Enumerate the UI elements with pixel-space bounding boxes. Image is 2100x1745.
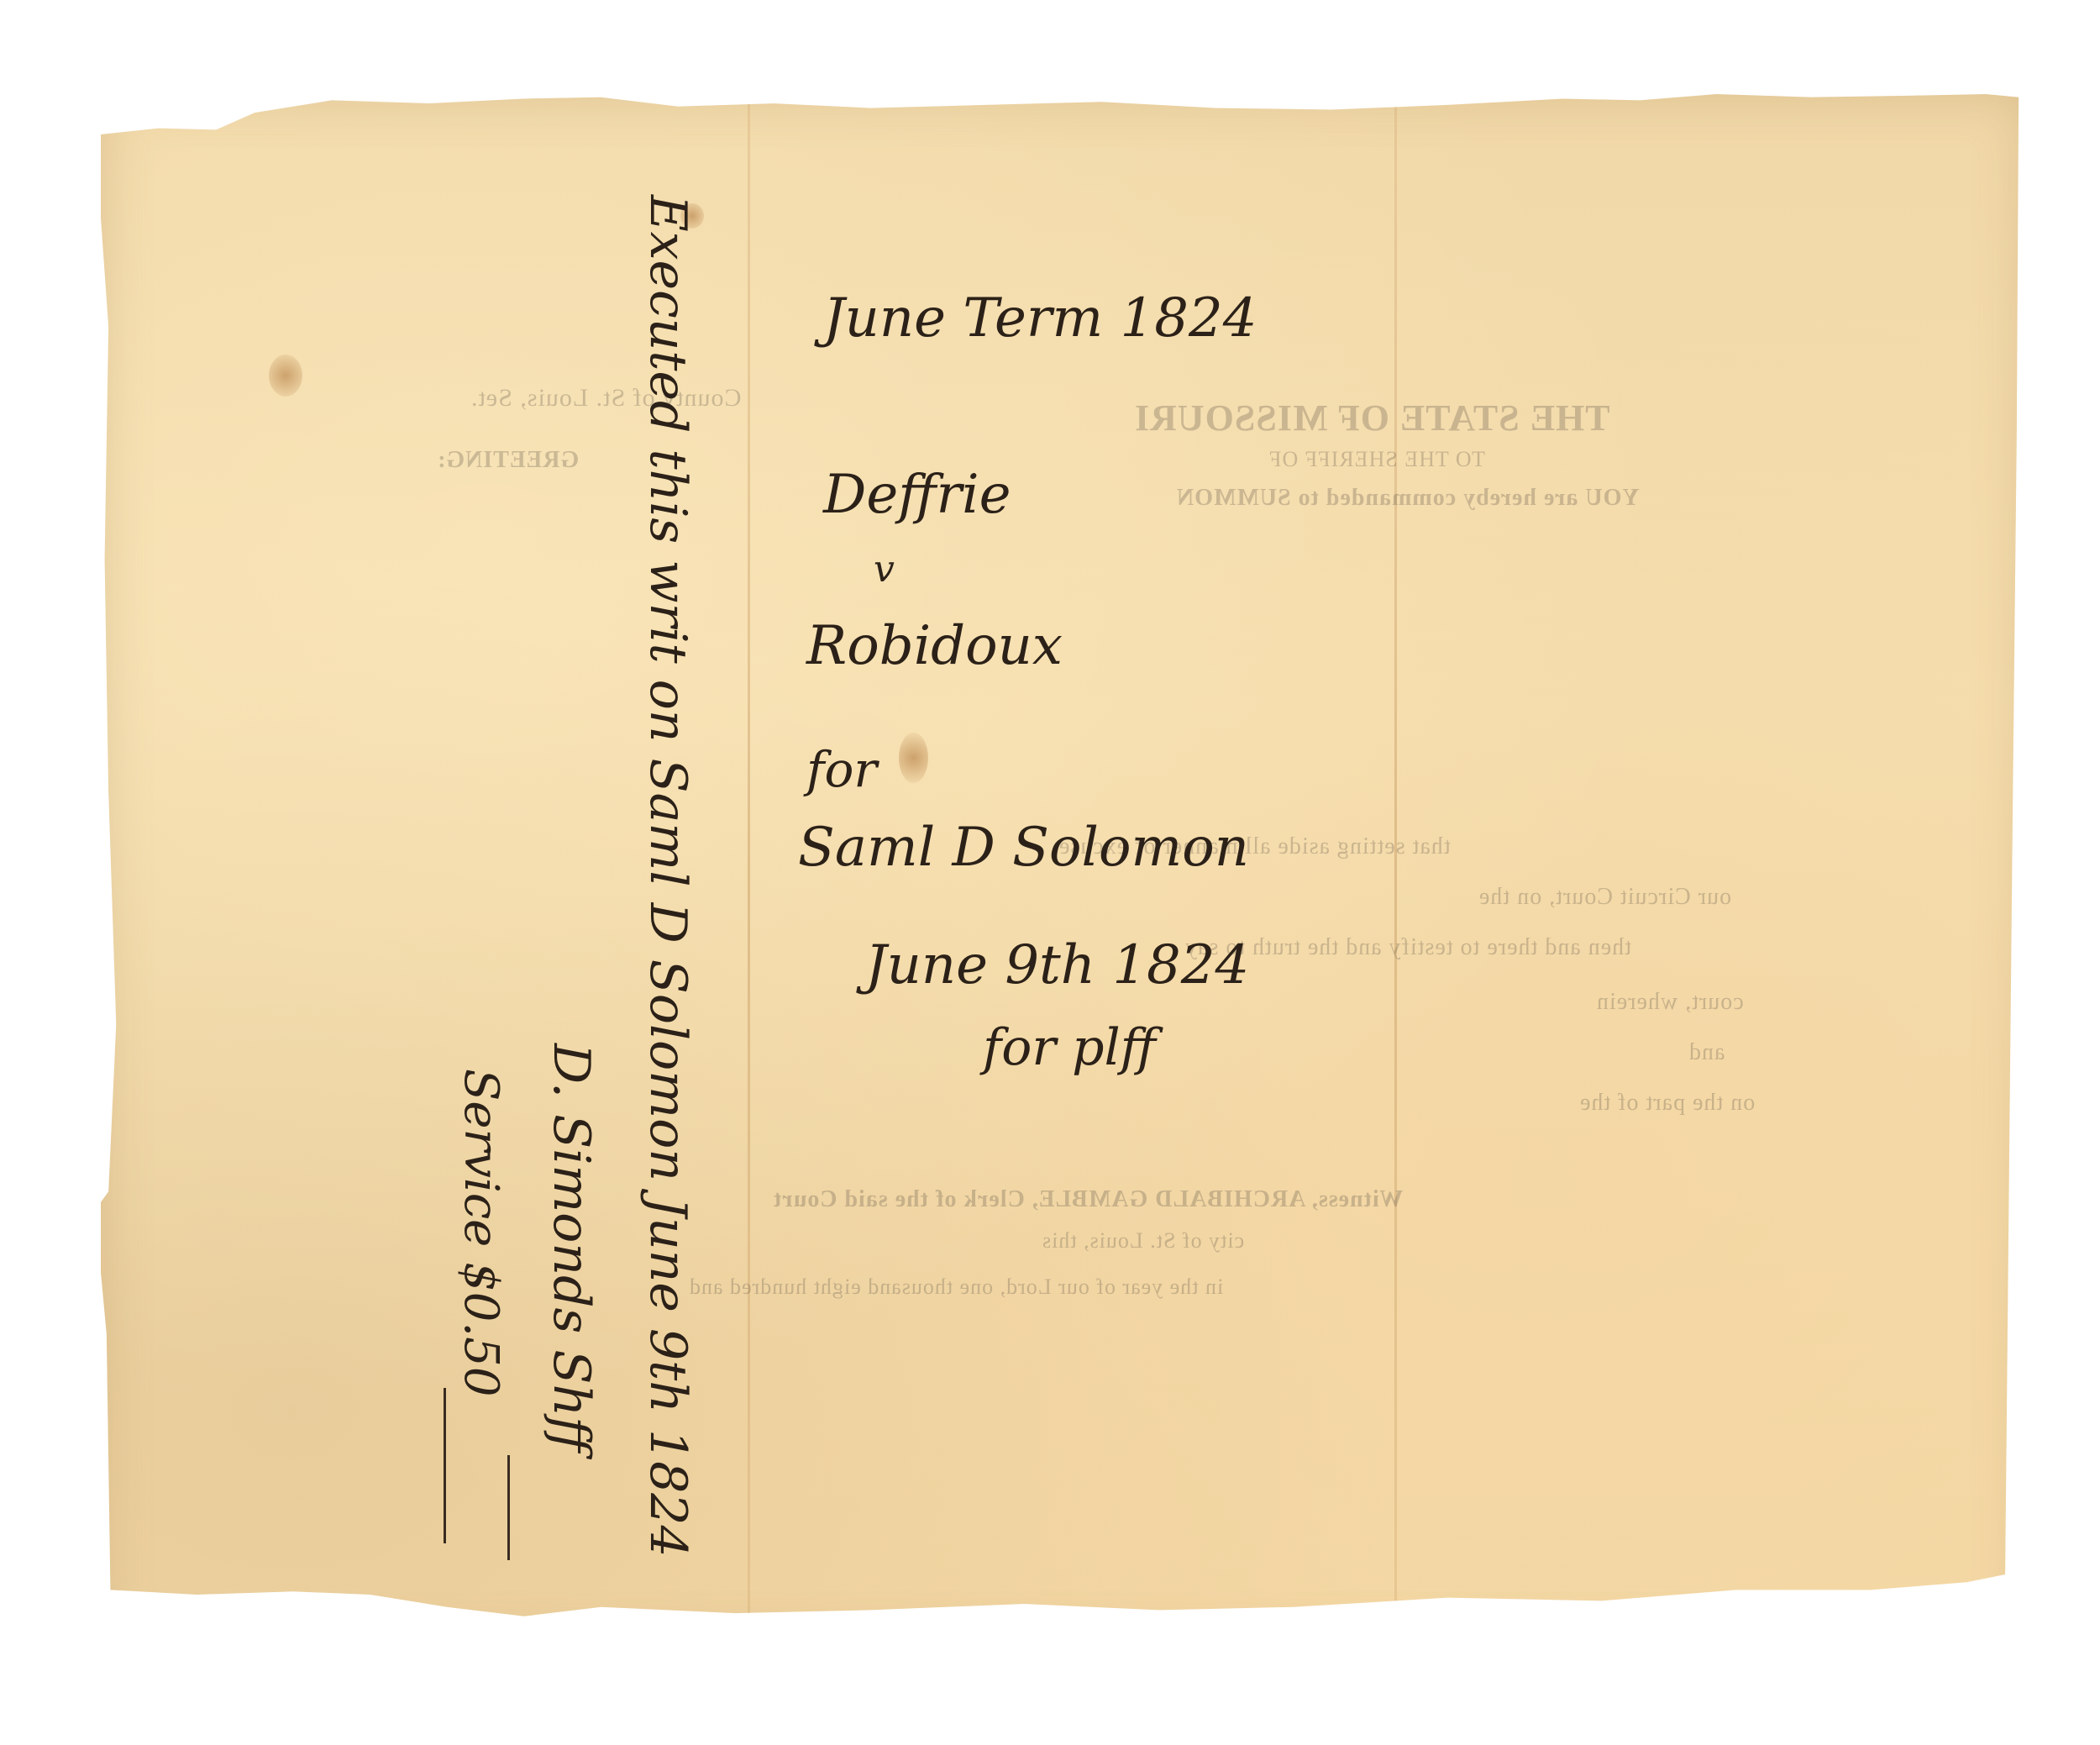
fold-line-left	[748, 94, 750, 1644]
bleed-body-line: on the part of the	[1579, 1090, 1755, 1117]
service-date: June 9th 1824	[865, 934, 1249, 996]
for-label: for	[806, 741, 877, 798]
bleed-body-line: then and there to testify and the truth …	[1184, 934, 1631, 961]
stain	[899, 733, 928, 783]
document-sheet: THE STATE OF MISSOURI County of St. Loui…	[101, 94, 2024, 1644]
bleed-county-line: County of St. Louis, Set.	[470, 384, 742, 413]
bleed-body-line: court, wherein	[1596, 989, 1744, 1016]
bleed-year-line: in the year of our Lord, one thousand ei…	[689, 1275, 1223, 1300]
fee-underline	[444, 1388, 446, 1543]
defendant-name: Robidoux	[806, 615, 1063, 677]
bleed-greeting-right: GREETING:	[437, 447, 579, 474]
fee-underline	[507, 1455, 510, 1560]
for-plaintiff: for plff	[983, 1018, 1156, 1077]
bleed-city-line: city of St. Louis, this	[1042, 1228, 1244, 1254]
fold-line-right	[1394, 94, 1397, 1644]
witness-name: Saml D Solomon	[798, 817, 1249, 879]
stain	[269, 355, 302, 397]
return-executed-line: Executed this writ on Saml D Solomon Jun…	[638, 195, 697, 1558]
bleed-to-sheriff: TO THE SHERIFF OF	[1268, 447, 1485, 472]
return-sheriff-signature: D. Simonds Shff	[542, 1043, 601, 1453]
versus-mark: v	[874, 548, 895, 591]
bleed-body-line: our Circuit Court, on the	[1478, 884, 1731, 911]
bleed-witness-line: Witness, ARCHIBALD GAMBLE, Clerk of the …	[773, 1186, 1403, 1213]
return-service-fee: Service $0.50	[454, 1069, 508, 1396]
bleed-body-line: and	[1688, 1039, 1725, 1066]
term-heading: June Term 1824	[823, 287, 1257, 350]
bleed-heading: THE STATE OF MISSOURI	[1134, 397, 1610, 439]
bleed-greeting: YOU are hereby commanded to SUMMON	[1176, 485, 1640, 512]
plaintiff-name: Deffrie	[823, 464, 1011, 526]
